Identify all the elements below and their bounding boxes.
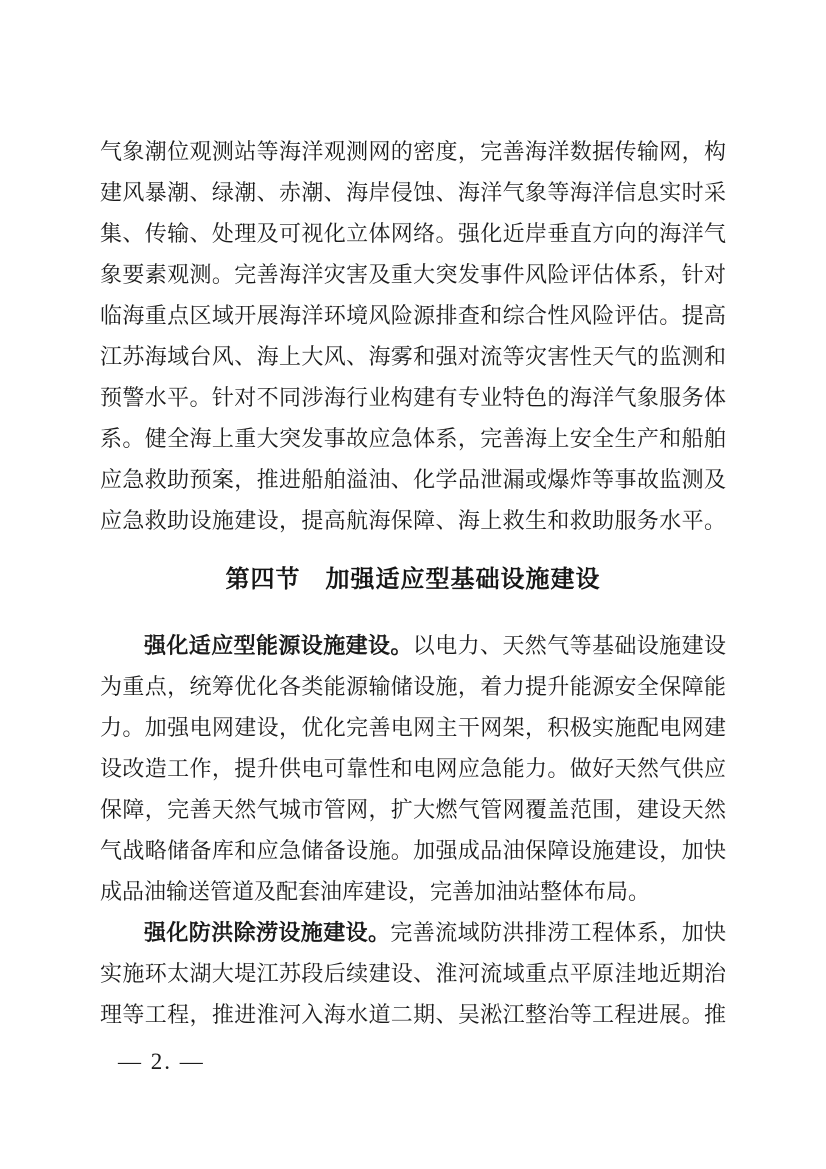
text-line: 实施环太湖大堤江苏段后续建设、淮河流域重点平原洼地近期治: [100, 953, 726, 994]
text-line: 应急救助设施建设，提高航海保障、海上救生和救助服务水平。: [100, 500, 726, 541]
document-page: 气象潮位观测站等海洋观测网的密度，完善海洋数据传输网，构 建风暴潮、绿潮、赤潮、…: [0, 0, 826, 1169]
text-line: 保障，完善天然气城市管网，扩大燃气管网覆盖范围，建设天然: [100, 789, 726, 830]
text-line: 强化防洪除涝设施建设。完善流域防洪排涝工程体系，加快: [100, 912, 726, 953]
text-line: 理等工程，推进淮河入海水道二期、吴淞江整治等工程进展。推: [100, 994, 726, 1035]
text-line: 力。加强电网建设，优化完善电网主干网架，积极实施配电网建: [100, 707, 726, 748]
page-number: — 2. —: [118, 1049, 205, 1075]
text-line: 气战略储备库和应急储备设施。加强成品油保障设施建设，加快: [100, 830, 726, 871]
text-line: 气象潮位观测站等海洋观测网的密度，完善海洋数据传输网，构: [100, 131, 726, 172]
text-line: 为重点，统筹优化各类能源输储设施，着力提升能源安全保障能: [100, 666, 726, 707]
text-line: 应急救助预案，推进船舶溢油、化学品泄漏或爆炸等事故监测及: [100, 459, 726, 500]
paragraph-lead-bold: 强化防洪除涝设施建设。: [144, 920, 390, 945]
text-line: 江苏海域台风、海上大风、海雾和强对流等灾害性天气的监测和: [100, 336, 726, 377]
paragraph-lead-continuation: 完善流域防洪排涝工程体系，加快: [390, 920, 726, 945]
text-line: 象要素观测。完善海洋灾害及重大突发事件风险评估体系，针对: [100, 254, 726, 295]
text-line: 建风暴潮、绿潮、赤潮、海岸侵蚀、海洋气象等海洋信息实时采: [100, 172, 726, 213]
paragraph-flood-control: 强化防洪除涝设施建设。完善流域防洪排涝工程体系，加快 实施环太湖大堤江苏段后续建…: [100, 912, 726, 1035]
text-line: 临海重点区域开展海洋环境风险源排查和综合性风险评估。提高: [100, 295, 726, 336]
text-line: 系。健全海上重大突发事故应急体系，完善海上安全生产和船舶: [100, 418, 726, 459]
text-line: 预警水平。针对不同涉海行业构建有专业特色的海洋气象服务体: [100, 377, 726, 418]
continuation-paragraph: 气象潮位观测站等海洋观测网的密度，完善海洋数据传输网，构 建风暴潮、绿潮、赤潮、…: [100, 131, 726, 541]
text-line: 集、传输、处理及可视化立体网络。强化近岸垂直方向的海洋气: [100, 213, 726, 254]
text-line: 成品油输送管道及配套油库建设，完善加油站整体布局。: [100, 871, 726, 912]
paragraph-energy-infrastructure: 强化适应型能源设施建设。以电力、天然气等基础设施建设 为重点，统筹优化各类能源输…: [100, 625, 726, 912]
text-line: 设改造工作，提升供电可靠性和电网应急能力。做好天然气供应: [100, 748, 726, 789]
text-line: 强化适应型能源设施建设。以电力、天然气等基础设施建设: [100, 625, 726, 666]
section-heading: 第四节 加强适应型基础设施建设: [100, 559, 726, 600]
paragraph-lead-bold: 强化适应型能源设施建设。: [144, 633, 413, 658]
text-block: 气象潮位观测站等海洋观测网的密度，完善海洋数据传输网，构 建风暴潮、绿潮、赤潮、…: [100, 131, 726, 1035]
paragraph-lead-continuation: 以电力、天然气等基础设施建设: [413, 633, 726, 658]
